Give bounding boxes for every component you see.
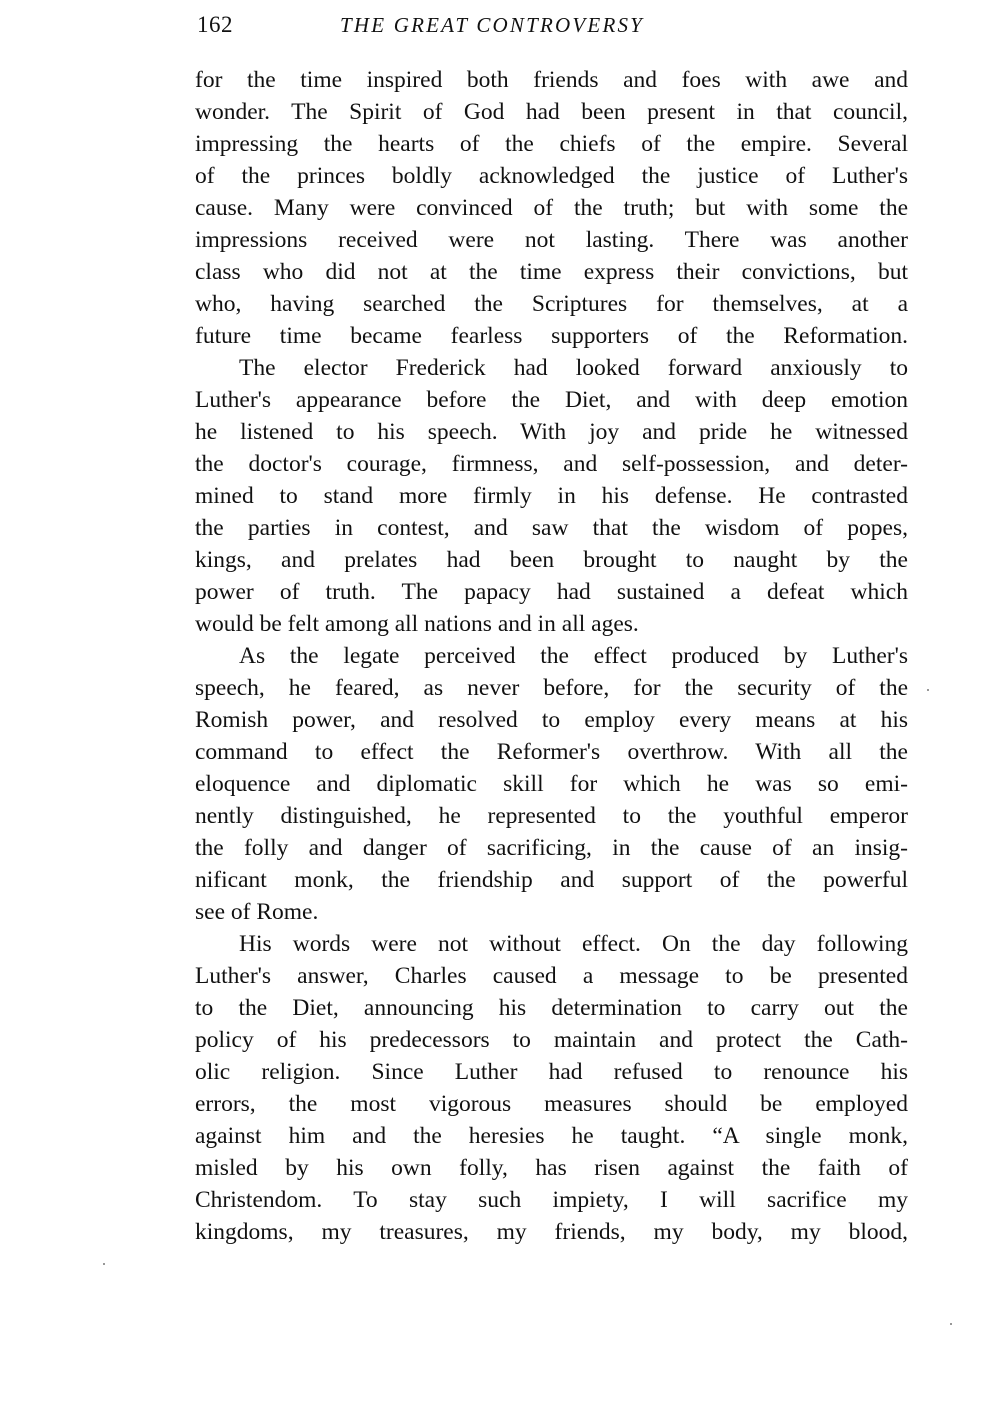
text-line: see of Rome. (195, 896, 908, 928)
page-header: 162 THE GREAT CONTROVERSY (197, 12, 909, 46)
text-line: eloquence and diplomatic skill for which… (195, 768, 908, 800)
text-line: mined to stand more firmly in his defens… (195, 480, 908, 512)
text-line: The elector Frederick had looked forward… (195, 352, 908, 384)
text-line: cause. Many were convinced of the truth;… (195, 192, 908, 224)
text-line: would be felt among all nations and in a… (195, 608, 908, 640)
text-line: kings, and prelates had been brought to … (195, 544, 908, 576)
text-line: class who did not at the time express th… (195, 256, 908, 288)
text-line: command to effect the Reformer's overthr… (195, 736, 908, 768)
text-line: misled by his own folly, has risen again… (195, 1152, 908, 1184)
paragraph: for the time inspired both friends and f… (195, 64, 908, 352)
text-line: future time became fearless supporters o… (195, 320, 908, 352)
text-line: Christendom. To stay such impiety, I wil… (195, 1184, 908, 1216)
text-line: kingdoms, my treasures, my friends, my b… (195, 1216, 908, 1248)
text-line: As the legate perceived the effect produ… (195, 640, 908, 672)
text-line: the parties in contest, and saw that the… (195, 512, 908, 544)
scan-speck (103, 1263, 105, 1265)
text-line: to the Diet, announcing his determinatio… (195, 992, 908, 1024)
text-line: nently distinguished, he represented to … (195, 800, 908, 832)
text-line: olic religion. Since Luther had refused … (195, 1056, 908, 1088)
text-line: errors, the most vigorous measures shoul… (195, 1088, 908, 1120)
paragraph: His words were not without effect. On th… (195, 928, 908, 1248)
text-line: policy of his predecessors to maintain a… (195, 1024, 908, 1056)
page-number: 162 (197, 12, 233, 38)
text-line: impressions received were not lasting. T… (195, 224, 908, 256)
text-line: the doctor's courage, firmness, and self… (195, 448, 908, 480)
text-line: Luther's appearance before the Diet, and… (195, 384, 908, 416)
text-line: speech, he feared, as never before, for … (195, 672, 908, 704)
text-line: His words were not without effect. On th… (195, 928, 908, 960)
text-line: who, having searched the Scriptures for … (195, 288, 908, 320)
text-line: the folly and danger of sacrificing, in … (195, 832, 908, 864)
text-line: wonder. The Spirit of God had been prese… (195, 96, 908, 128)
text-line: impressing the hearts of the chiefs of t… (195, 128, 908, 160)
text-line: nificant monk, the friendship and suppor… (195, 864, 908, 896)
paragraph: As the legate perceived the effect produ… (195, 640, 908, 928)
paragraph: The elector Frederick had looked forward… (195, 352, 908, 640)
text-line: for the time inspired both friends and f… (195, 64, 908, 96)
text-line: power of truth. The papacy had sustained… (195, 576, 908, 608)
text-line: he listened to his speech. With joy and … (195, 416, 908, 448)
scan-speck (927, 689, 929, 691)
running-title: THE GREAT CONTROVERSY (340, 13, 644, 38)
text-line: Luther's answer, Charles caused a messag… (195, 960, 908, 992)
text-line: against him and the heresies he taught. … (195, 1120, 908, 1152)
text-line: Romish power, and resolved to employ eve… (195, 704, 908, 736)
body-text: for the time inspired both friends and f… (195, 64, 908, 1248)
scan-speck (950, 1323, 952, 1325)
text-line: of the princes boldly acknowledged the j… (195, 160, 908, 192)
